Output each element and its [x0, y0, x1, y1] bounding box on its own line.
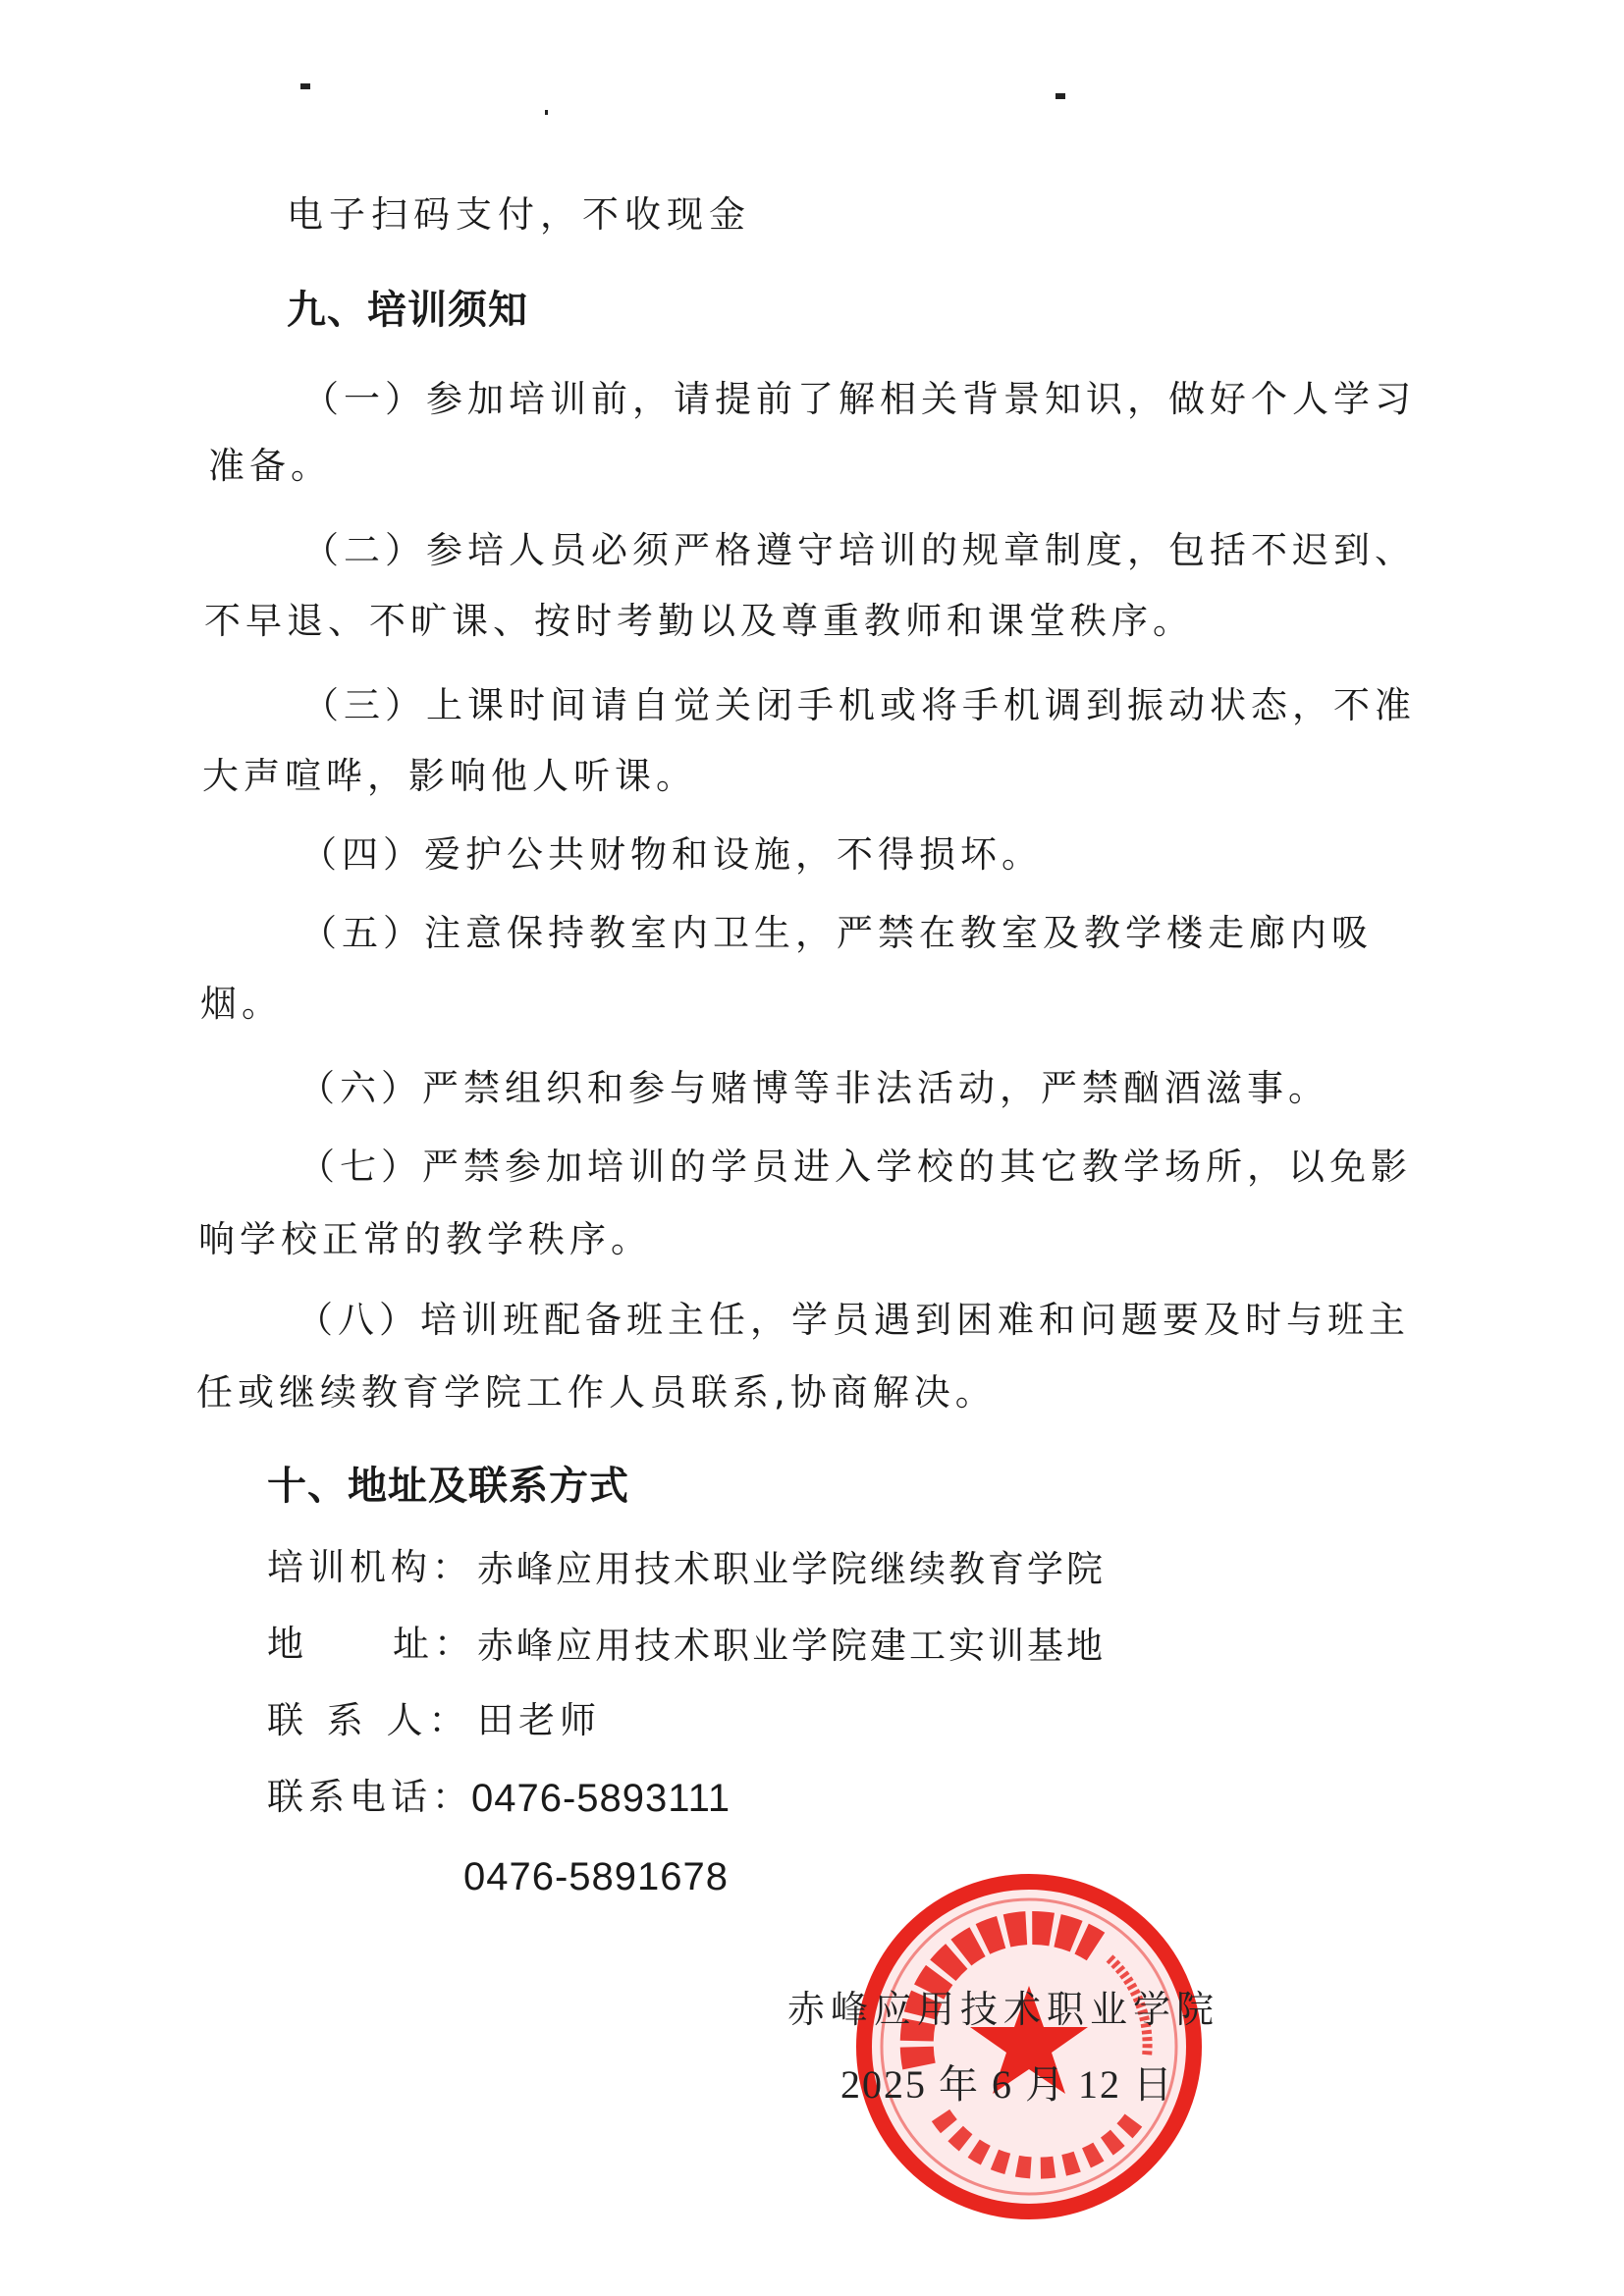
- contact-value: 田老师: [477, 1702, 601, 1738]
- signature-institution: 赤峰应用技术职业学院: [787, 1991, 1219, 2028]
- phone-label: 联系电话：: [267, 1779, 473, 1815]
- item-1-line-2: 准备。: [208, 448, 332, 484]
- phone-value-1: 0476-5893111: [471, 1779, 731, 1818]
- continuation-text: 电子扫码支付，不收现金: [287, 196, 751, 233]
- item-1-line-1: （一）参加培训前，请提前了解相关背景知识，做好个人学习: [302, 381, 1416, 417]
- address-label-part-1: 地: [267, 1626, 308, 1662]
- scan-mark: [1056, 93, 1065, 99]
- item-2-line-2: 不早退、不旷课、按时考勤以及尊重教师和课堂秩序。: [204, 603, 1194, 639]
- phone-value-2: 0476-5891678: [463, 1857, 729, 1896]
- org-label: 培训机构：: [267, 1549, 473, 1585]
- item-2-line-1: （二）参培人员必须严格遵守培训的规章制度，包括不迟到、: [302, 532, 1416, 568]
- scan-mark: [545, 110, 548, 115]
- org-value: 赤峰应用技术职业学院继续教育学院: [477, 1551, 1106, 1587]
- item-5-line-2: 烟。: [200, 986, 283, 1022]
- item-4-line-1: （四）爱护公共财物和设施，不得损坏。: [300, 836, 1043, 873]
- item-6-line-1: （六）严禁组织和参与赌博等非法活动，严禁酗酒滋事。: [298, 1070, 1329, 1106]
- official-seal: [852, 1870, 1206, 2223]
- contact-label: 联 系 人：: [267, 1702, 471, 1738]
- item-7-line-1: （七）严禁参加培训的学员进入学校的其它教学场所，以免影: [298, 1148, 1412, 1185]
- scan-mark: [300, 83, 310, 89]
- signature-date: 2025 年 6 月 12 日: [840, 2065, 1174, 2105]
- item-5-line-1: （五）注意保持教室内卫生，严禁在教室及教学楼走廊内吸: [300, 915, 1373, 951]
- item-3-line-1: （三）上课时间请自觉关闭手机或将手机调到振动状态，不准: [302, 687, 1416, 723]
- section-10-heading: 十、地址及联系方式: [267, 1467, 629, 1506]
- address-value: 赤峰应用技术职业学院建工实训基地: [477, 1628, 1106, 1664]
- item-8-line-1: （八）培训班配备班主任，学员遇到困难和问题要及时与班主: [297, 1302, 1410, 1338]
- document-page: 电子扫码支付，不收现金 九、培训须知 （一）参加培训前，请提前了解相关背景知识，…: [0, 0, 1624, 2296]
- item-3-line-2: 大声喧哗，影响他人听课。: [202, 758, 697, 794]
- section-9-heading: 九、培训须知: [287, 291, 528, 330]
- item-8-line-2: 任或继续教育学院工作人员联系,协商解决。: [196, 1374, 997, 1411]
- address-label-part-2: 址：: [393, 1626, 475, 1662]
- item-7-line-2: 响学校正常的教学秩序。: [198, 1221, 652, 1257]
